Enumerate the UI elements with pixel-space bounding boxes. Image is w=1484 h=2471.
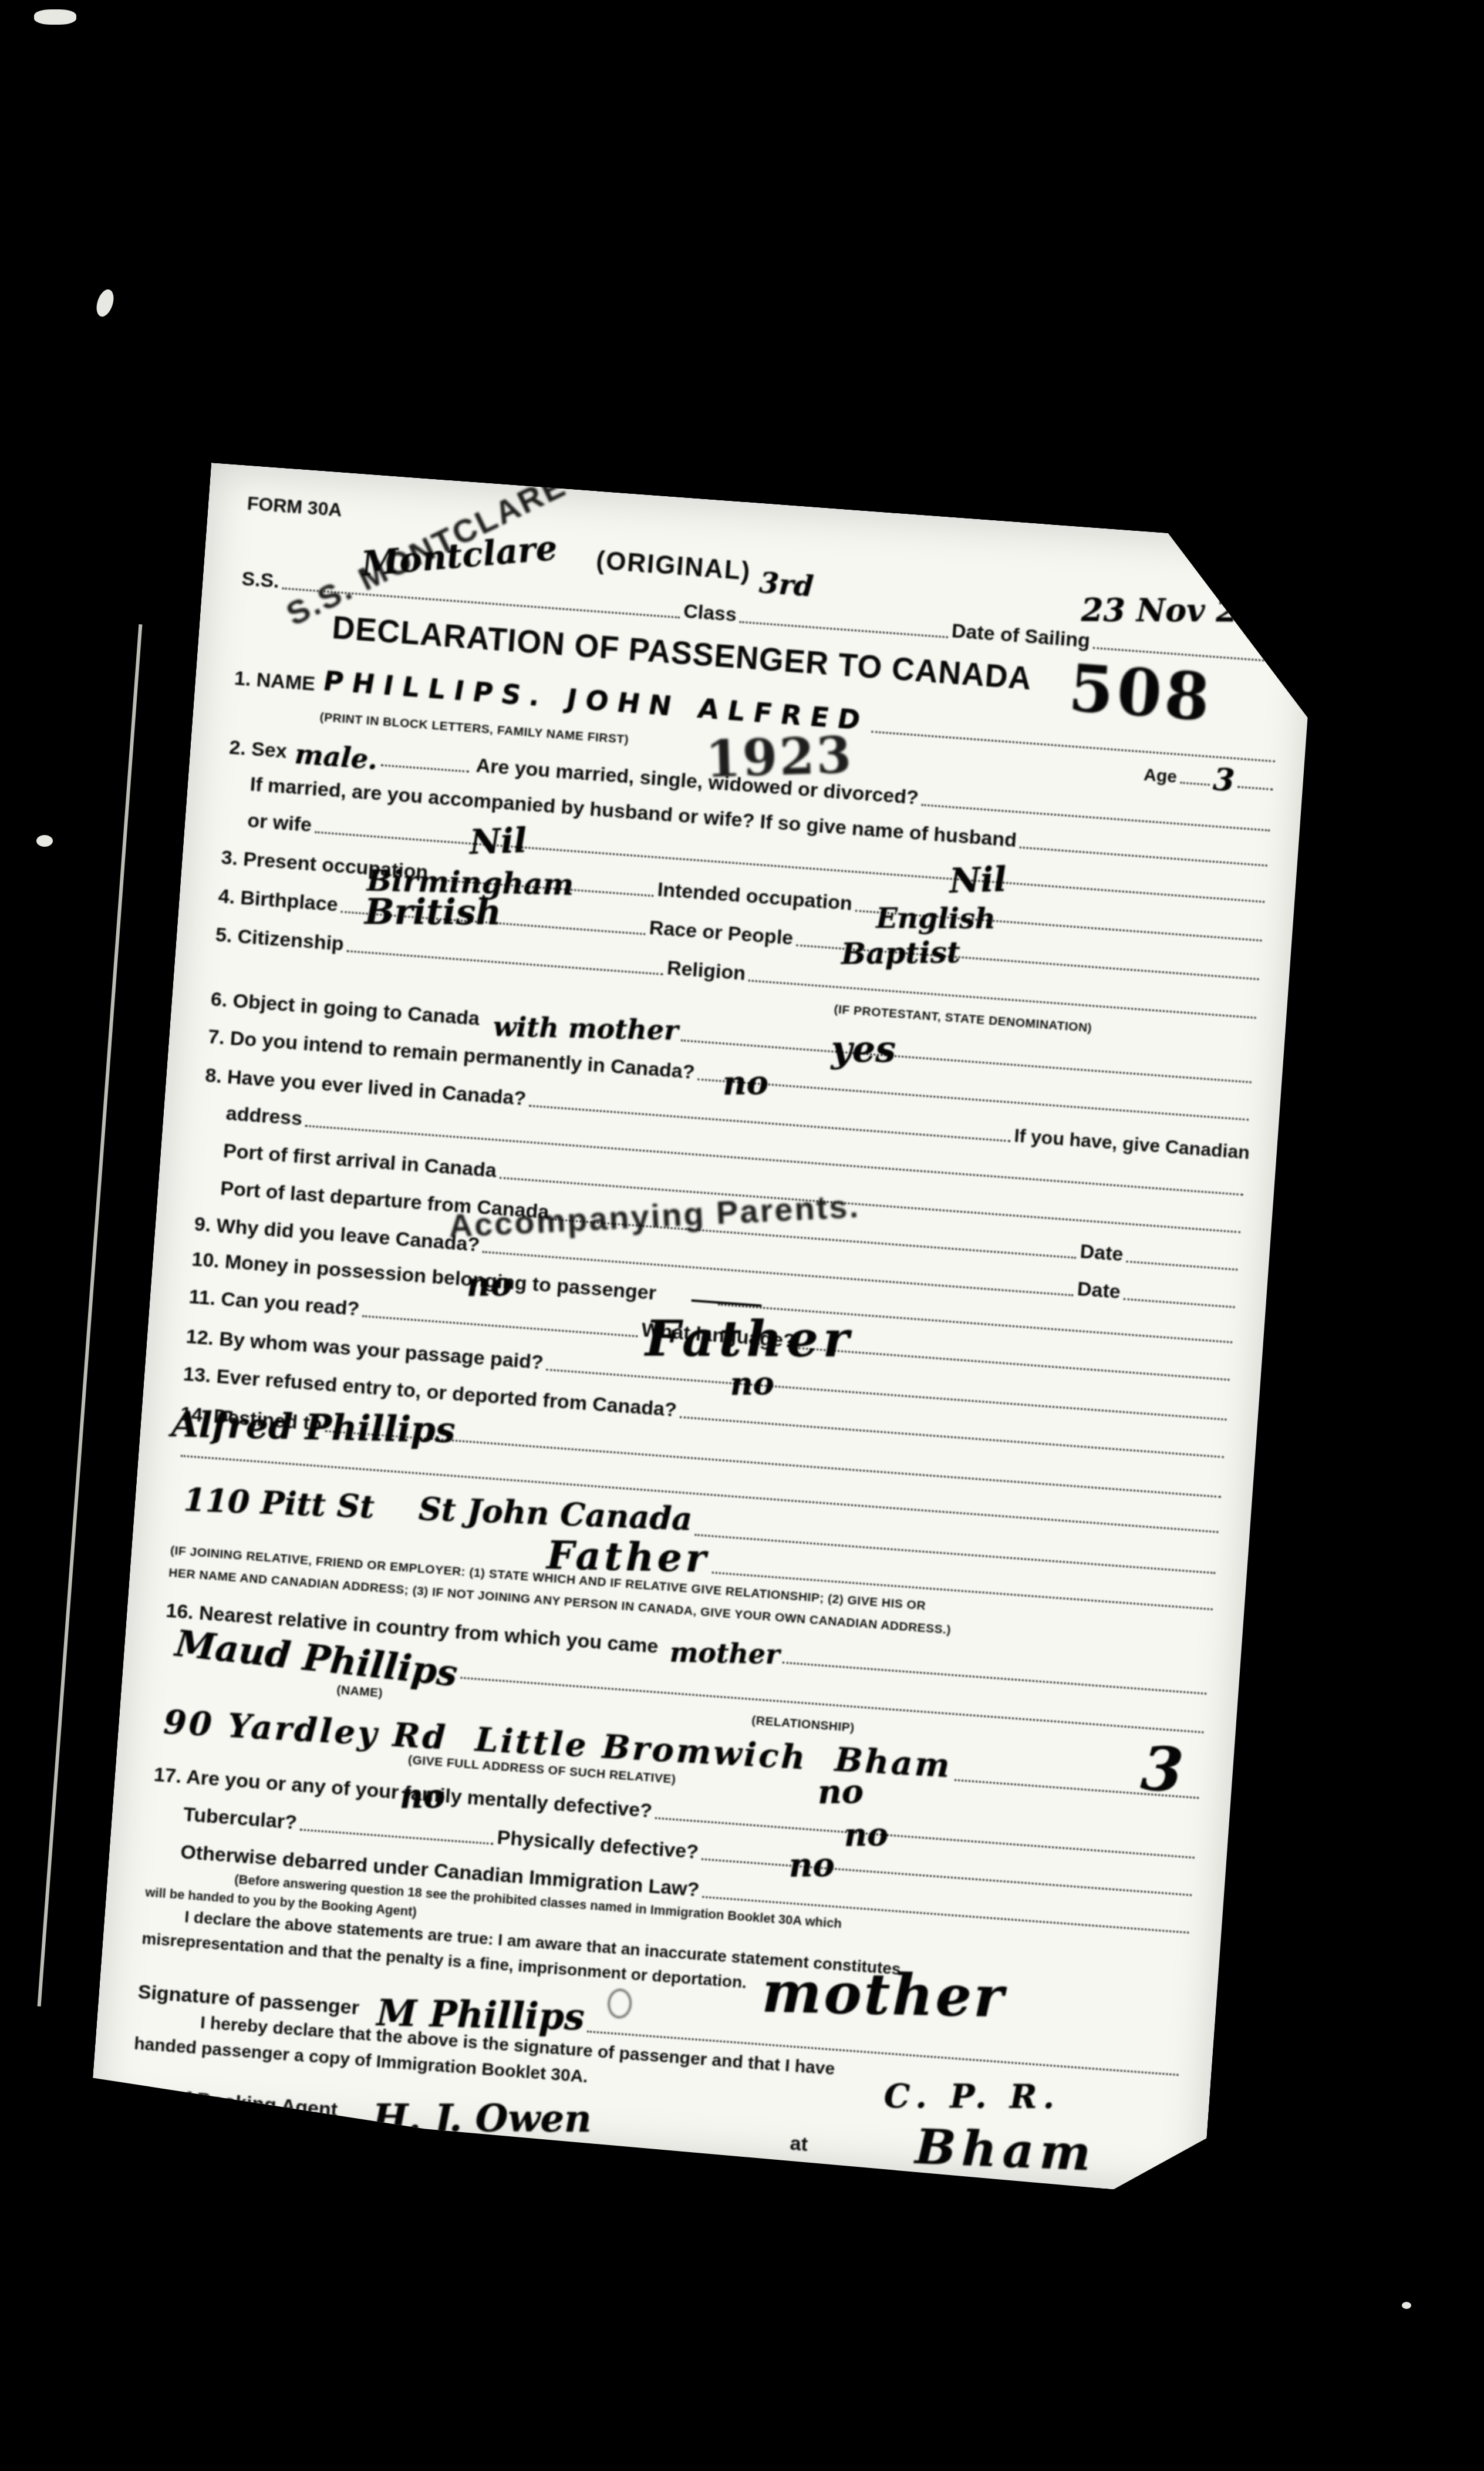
present-occupation-handwriting: Nil (469, 829, 527, 855)
class-label: Class (683, 600, 737, 627)
scan-speck (93, 287, 117, 319)
intended-occupation-handwriting: Nil (949, 867, 1007, 894)
departure-date-label: Date (1079, 1240, 1124, 1266)
sailing-date-handwriting: 23 Nov 2 (1081, 599, 1238, 622)
margin-number-handwriting: 3 (1140, 1748, 1185, 1793)
booking-agent-handwriting: H. J. Owen (372, 2105, 591, 2133)
remain-handwriting: yes (831, 1036, 896, 1063)
dotted-line (1237, 786, 1273, 790)
tubercular-handwriting: no (399, 1785, 446, 1809)
scan-speck (34, 9, 76, 25)
read-handwriting: no (466, 1272, 512, 1297)
scan-speck (1402, 2302, 1411, 2309)
signature-relationship-handwriting: mother (761, 1972, 1006, 2018)
why-leave-date-label: Date (1077, 1278, 1121, 1304)
physically-defective-handwriting: no (844, 1823, 889, 1846)
age-label: Age (1143, 765, 1178, 787)
mentally-defective-handwriting: no (818, 1780, 864, 1804)
otherwise-debarred-handwriting: no (789, 1853, 835, 1877)
inspection-mark (607, 1988, 633, 2019)
race-handwriting: English (876, 908, 996, 929)
form-content: S.S. MONTCLARE FORM 30A (ORIGINAL) S.S. … (90, 463, 1323, 2196)
booking-agent-label: Sig. of Booking Agent (130, 2083, 339, 2122)
religion-handwriting: Baptist (841, 942, 960, 965)
destined-name-handwriting: Alfred Phillips (171, 1412, 456, 1443)
year-stamp: 1923 (704, 725, 854, 789)
scan-speck (36, 835, 53, 847)
ss-label: S.S. (241, 567, 280, 593)
agent-location-line2-handwriting: Bham (915, 2130, 1097, 2172)
citizenship-handwriting: British (365, 900, 501, 925)
agent-location-line1-handwriting: C. P. R. (884, 2085, 1061, 2109)
ship-name-handwriting: Montclare (360, 536, 558, 577)
age-handwriting: 3 (1213, 768, 1236, 792)
dotted-line (1180, 781, 1209, 786)
at-label: at (789, 2132, 808, 2156)
passage-handwriting: Father (645, 1321, 854, 1358)
refused-handwriting: no (730, 1372, 774, 1395)
class-handwriting: 3rd (758, 573, 814, 597)
lived-handwriting: no (723, 1071, 769, 1095)
scanned-document-page: { "colors":{"background":"#000000","pape… (0, 0, 1484, 2471)
declaration-form-paper: S.S. MONTCLARE FORM 30A (ORIGINAL) S.S. … (90, 463, 1323, 2196)
